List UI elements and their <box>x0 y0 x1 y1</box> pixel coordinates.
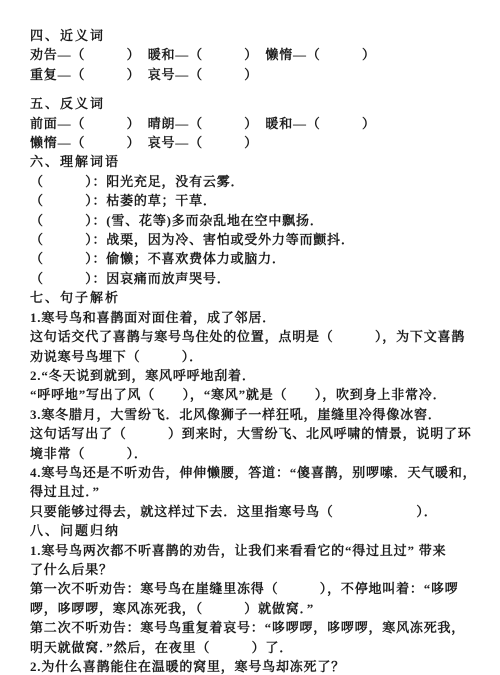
worksheet-line: 劝告—（ ） 暖和—（ ） 懒惰—（ ） <box>30 45 482 64</box>
worksheet-line: 第一次不听劝告：寒号鸟在崖缝里冻得（ ），不停地叫着：“哆啰 <box>30 579 482 598</box>
worksheet-line: 境非常（ ）． <box>30 444 482 463</box>
worksheet-line: （ ）：偷懒；不喜欢费体力或脑力． <box>30 249 482 268</box>
worksheet-line: 啰，哆啰啰，寒风冻死我，（ ）就做窝．” <box>30 599 482 618</box>
worksheet-line: 第二次不听劝告：寒号鸟重复着哀号：“哆啰啰，哆啰啰，寒风冻死我， <box>30 618 482 637</box>
worksheet-line: 前面—（ ） 晴朗—（ ） 暖和—（ ） <box>30 114 482 133</box>
worksheet-line: 明天就做窝．”然后，在夜里（ ）了． <box>30 638 482 657</box>
worksheet-line: 得过且过．” <box>30 482 482 501</box>
worksheet-line: （ ）：枯萎的草；干草． <box>30 191 482 210</box>
worksheet-line: 只要能够过得去，就这样过下去．这里指寒号鸟（ ）． <box>30 502 482 521</box>
section-question-summary: 八、问题归纳 1.寒号鸟两次都不听喜鹊的劝告，让我们来看看它的“得过且过” 带来… <box>30 521 482 675</box>
section-heading-synonyms: 四、近义词 <box>30 26 482 45</box>
worksheet-line: （ ）：阳光充足，没有云雾． <box>30 172 482 191</box>
worksheet-line: 3.寒冬腊月，大雪纷飞．北风像狮子一样狂吼，崖缝里冷得像冰窖． <box>30 405 482 424</box>
worksheet-line: 1.寒号鸟和喜鹊面对面住着，成了邻居． <box>30 308 482 327</box>
worksheet-line: 1.寒号鸟两次都不听喜鹊的劝告，让我们来看看它的“得过且过” 带来 <box>30 541 482 560</box>
worksheet-line: 4.寒号鸟还是不听劝告，伸伸懒腰，答道：“傻喜鹊，别啰嗦．天气暖和， <box>30 463 482 482</box>
worksheet-line: 懒惰—（ ） 哀号—（ ） <box>30 133 482 152</box>
worksheet-line: 2.“冬天说到就到，寒风呼呼地刮着． <box>30 366 482 385</box>
section-sentence-analysis: 七、句子解析 1.寒号鸟和喜鹊面对面住着，成了邻居． 这句话交代了喜鹊与寒号鸟住… <box>30 288 482 521</box>
worksheet-line: （ ）：(雪、花等)多而杂乱地在空中飘扬． <box>30 211 482 230</box>
worksheet-line: （ ）：战栗，因为冷、害怕或受外力等而颤抖． <box>30 230 482 249</box>
section-antonyms: 五、反义词 前面—（ ） 晴朗—（ ） 暖和—（ ） 懒惰—（ ） 哀号—（ ） <box>30 94 482 152</box>
section-heading-sentence-analysis: 七、句子解析 <box>30 288 482 307</box>
section-word-meanings: 六、理解词语 （ ）：阳光充足，没有云雾． （ ）：枯萎的草；干草． （ ）：(… <box>30 152 482 288</box>
section-synonyms: 四、近义词 劝告—（ ） 暖和—（ ） 懒惰—（ ） 重复—（ ） 哀号—（ ） <box>30 26 482 84</box>
section-heading-antonyms: 五、反义词 <box>30 94 482 113</box>
worksheet-line: 重复—（ ） 哀号—（ ） <box>30 65 482 84</box>
worksheet-page: 四、近义词 劝告—（ ） 暖和—（ ） 懒惰—（ ） 重复—（ ） 哀号—（ ）… <box>0 0 500 675</box>
worksheet-line: 劝说寒号鸟埋下（ ）． <box>30 347 482 366</box>
worksheet-line: 2.为什么喜鹊能住在温暖的窝里，寒号鸟却冻死了？ <box>30 657 482 675</box>
worksheet-line: “呼呼地”写出了风（ ），“寒风”就是（ ），吹到身上非常冷． <box>30 385 482 404</box>
worksheet-line: （ ）：因哀痛而放声哭号． <box>30 269 482 288</box>
worksheet-line: 这句话写出了（ ）到来时，大雪纷飞、北风呼啸的情景，说明了环 <box>30 424 482 443</box>
section-heading-word-meanings: 六、理解词语 <box>30 152 482 171</box>
worksheet-line: 这句话交代了喜鹊与寒号鸟住处的位置，点明是（ ），为下文喜鹊 <box>30 327 482 346</box>
worksheet-line: 了什么后果？ <box>30 560 482 579</box>
section-heading-question-summary: 八、问题归纳 <box>30 521 482 540</box>
